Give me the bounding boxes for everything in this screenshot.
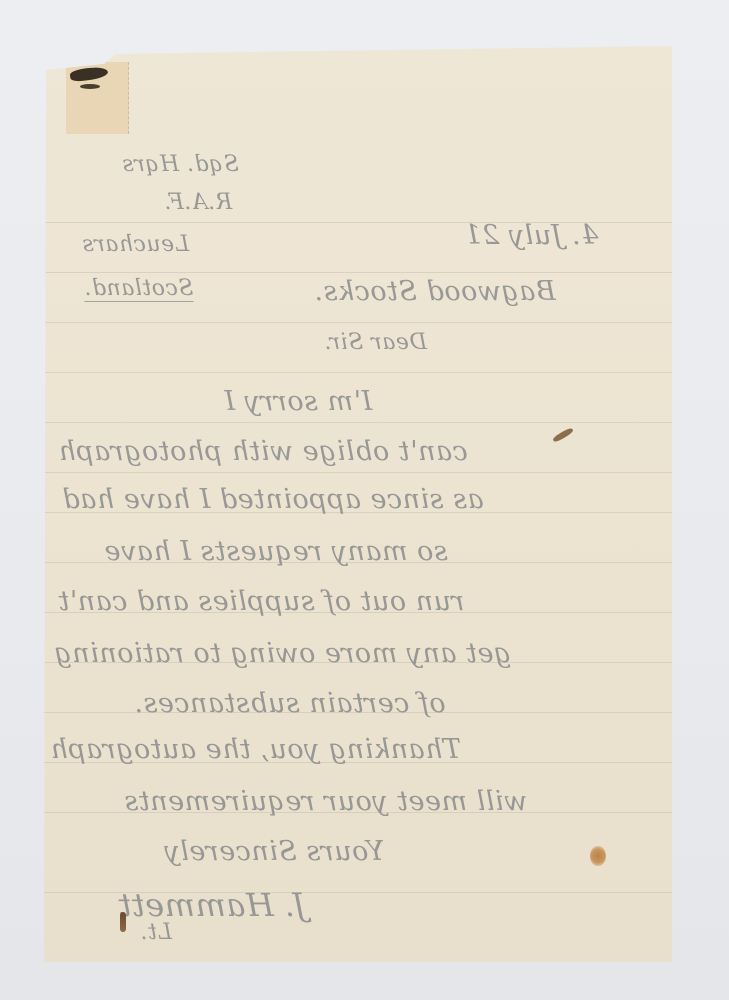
body-line-6: get any more owing to rationing bbox=[54, 638, 511, 669]
signature-suffix: Lt. bbox=[140, 920, 172, 945]
ruled-line bbox=[44, 472, 672, 473]
body-line-7: of certain substances. bbox=[134, 688, 446, 719]
body-line-8: Thanking you, the autograph bbox=[50, 734, 461, 765]
address-line-2: R.A.F. bbox=[164, 190, 232, 215]
pencil-mark bbox=[552, 427, 574, 443]
ruled-line bbox=[44, 272, 672, 273]
body-line-3: as since appointed I have had bbox=[62, 484, 484, 515]
recipient-line: Bagwood Stocks. bbox=[314, 276, 556, 307]
edge-stain bbox=[120, 912, 126, 932]
ruled-line bbox=[44, 372, 672, 373]
address-line-3: Leuchars bbox=[82, 232, 189, 257]
stamp-stain bbox=[80, 84, 100, 89]
body-line-1: I'm sorry I bbox=[224, 386, 372, 417]
body-line-9: will meet your requirements bbox=[124, 786, 527, 817]
body-line-2: can't oblige with photograph bbox=[58, 436, 468, 467]
closing: Yours Sincerely bbox=[164, 836, 384, 867]
signature: J. Hammett bbox=[118, 886, 306, 924]
letter-paper: Sqd. Hqrs R.A.F. Leuchars Scotland. 4. J… bbox=[44, 40, 672, 962]
salutation: Dear Sir. bbox=[324, 330, 427, 355]
letter-date: 4. July 21 bbox=[464, 220, 598, 251]
body-line-5: run out of supplies and can't bbox=[58, 586, 464, 617]
address-line-1: Sqd. Hqrs bbox=[122, 152, 239, 177]
ruled-line bbox=[44, 322, 672, 323]
foxing-spot bbox=[590, 846, 606, 866]
body-line-4: so many requests I have bbox=[104, 536, 448, 567]
address-line-4: Scotland. bbox=[84, 276, 193, 302]
ruled-line bbox=[44, 422, 672, 423]
